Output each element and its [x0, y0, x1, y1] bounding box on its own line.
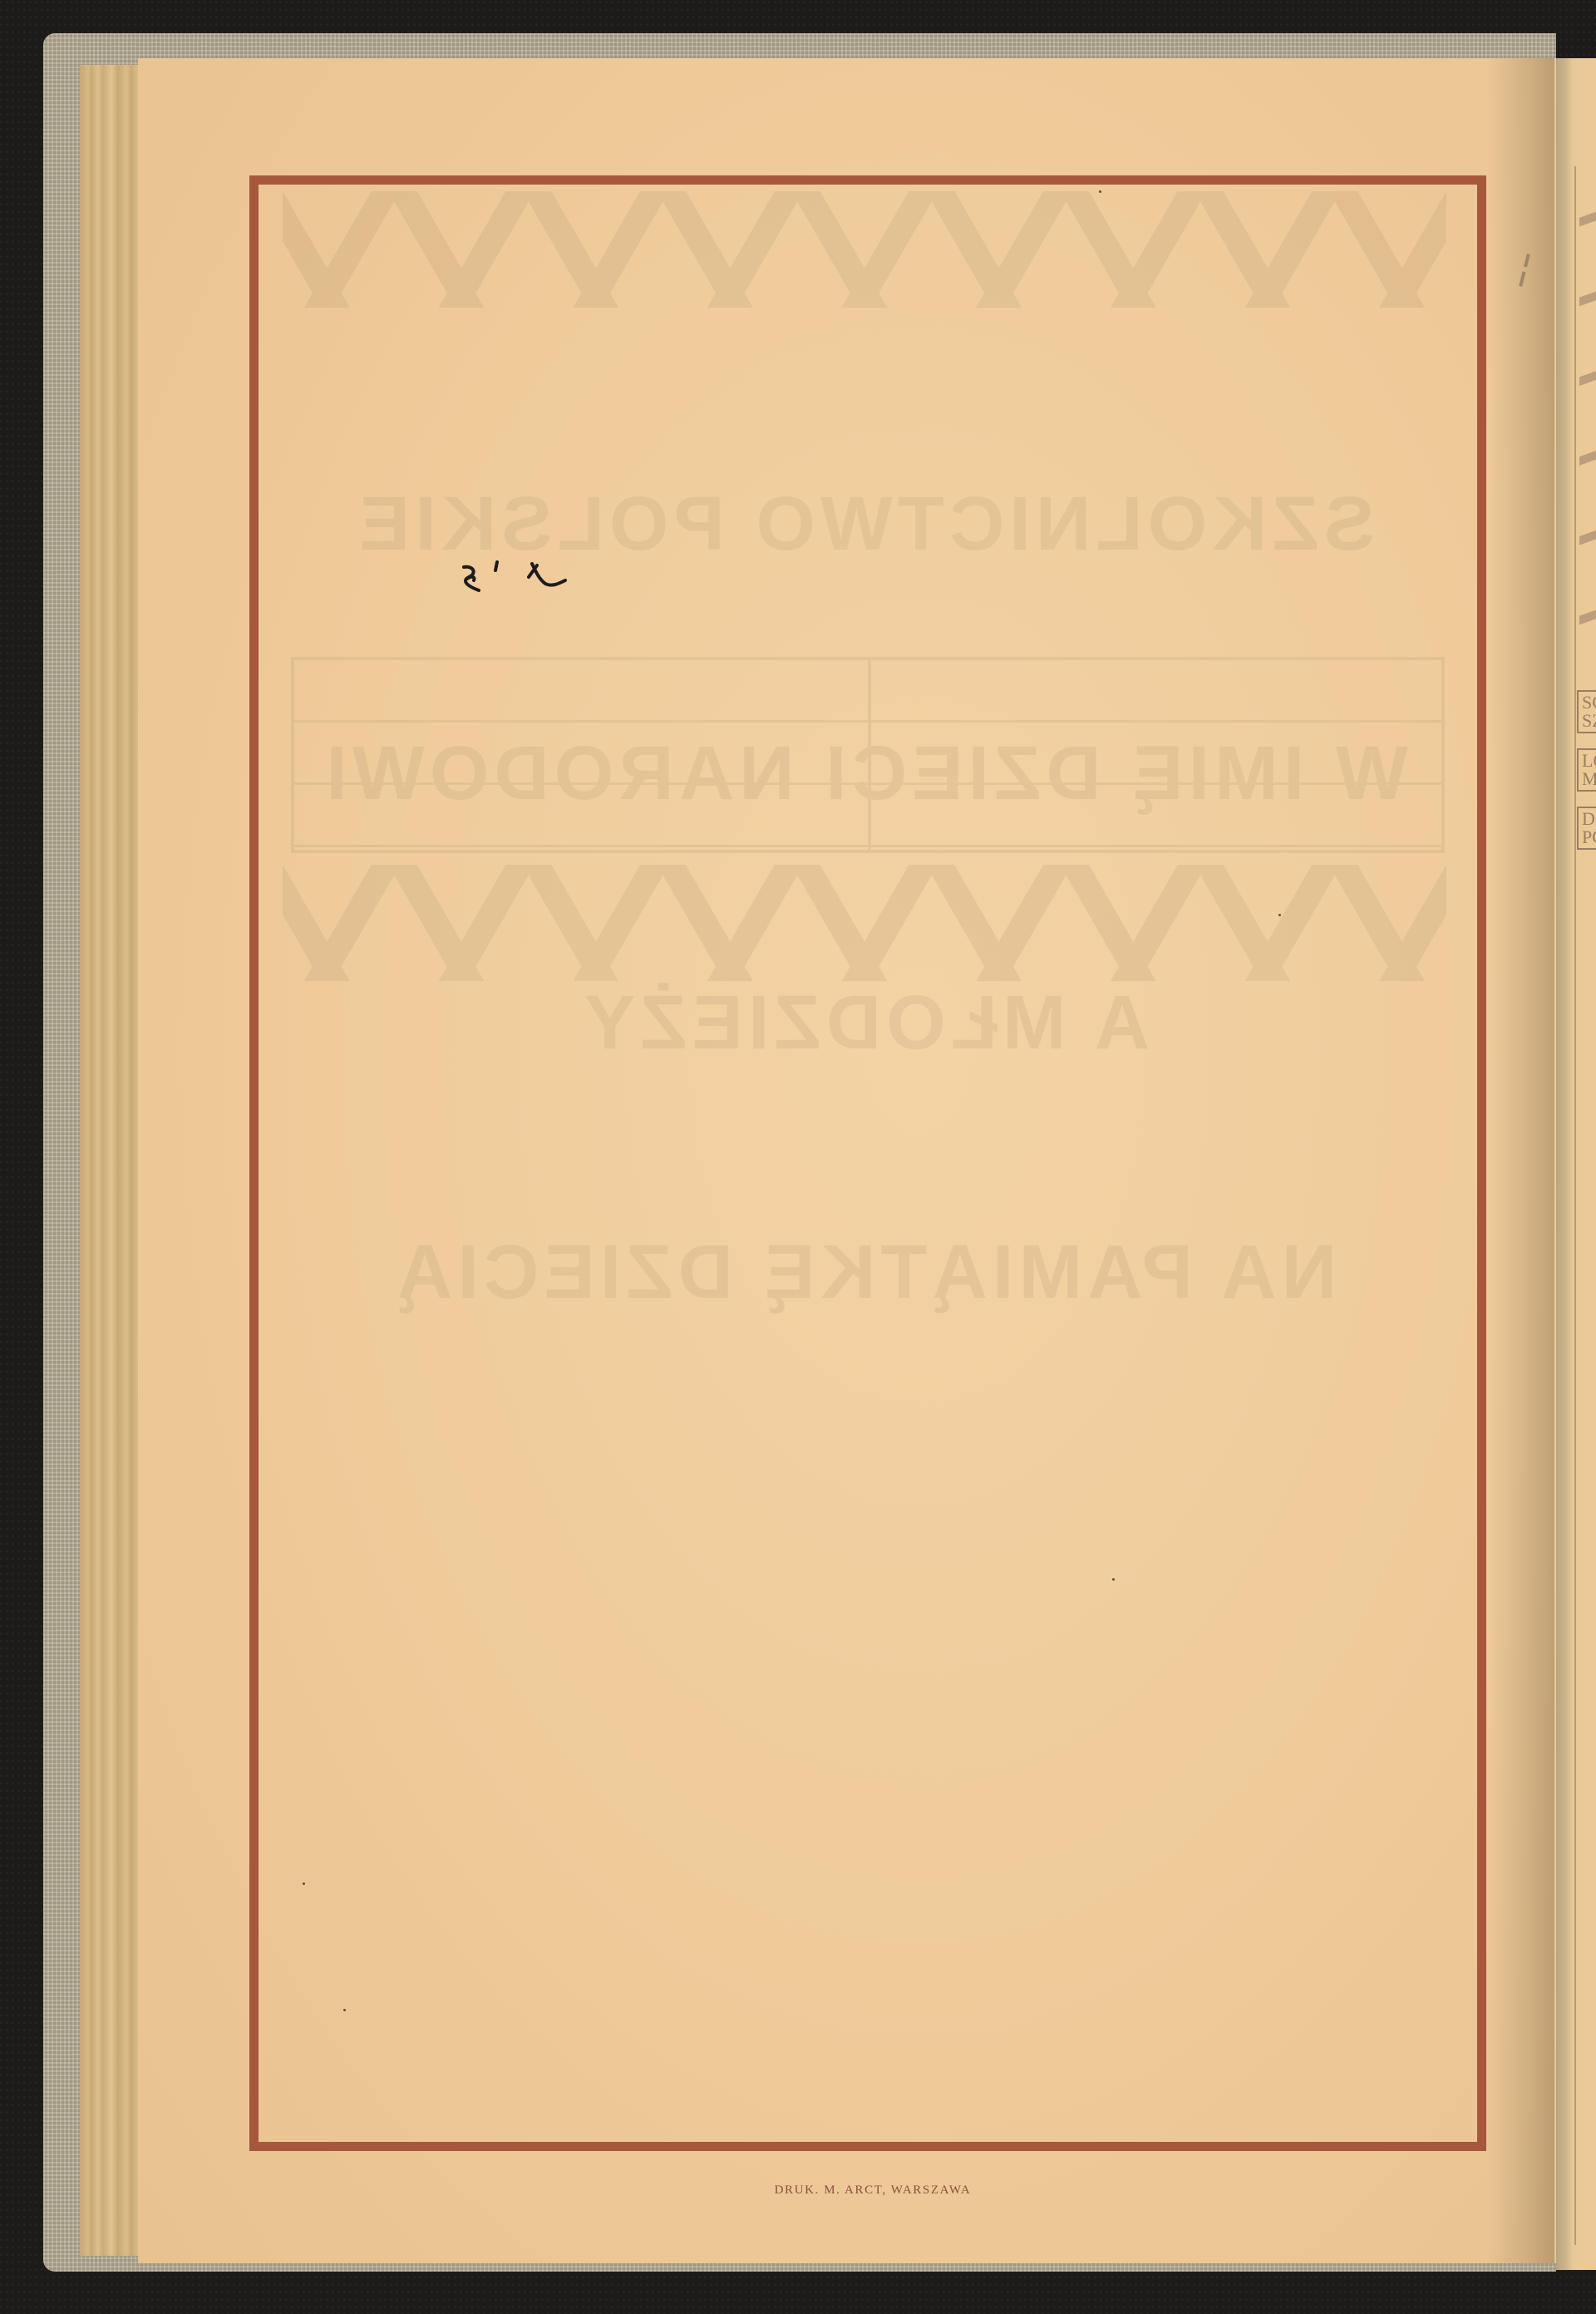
- facing-page-label: SCH SZK: [1577, 690, 1596, 733]
- paper-speck: [1112, 1578, 1115, 1581]
- handwritten-mark: ℓ ' λ: [456, 559, 572, 600]
- facing-page-ornament: [1579, 191, 1596, 690]
- printer-imprint: DRUK. M. ARCT, WARSZAWA: [0, 2183, 1596, 2198]
- facing-page-rule: [1574, 166, 1576, 2245]
- page-block-edges: [80, 65, 141, 2256]
- facing-page-strip: SCH SZK LOC MIE DIS PO: [1556, 58, 1596, 2270]
- facing-page-label: DIS PO: [1577, 807, 1596, 850]
- scan-scene: SZKOLNICTWO POLSKIE W IMIĘ DZIECI NARODO…: [0, 0, 1596, 2314]
- facing-page-label: LOC MIE: [1577, 748, 1596, 792]
- paper-speck: [1099, 190, 1101, 193]
- decorative-border-frame: [249, 175, 1486, 2151]
- paper-speck: [343, 2009, 346, 2011]
- paper-speck: [303, 1882, 305, 1885]
- paper-speck: [1278, 914, 1281, 916]
- gutter-shadow: [1488, 58, 1554, 2263]
